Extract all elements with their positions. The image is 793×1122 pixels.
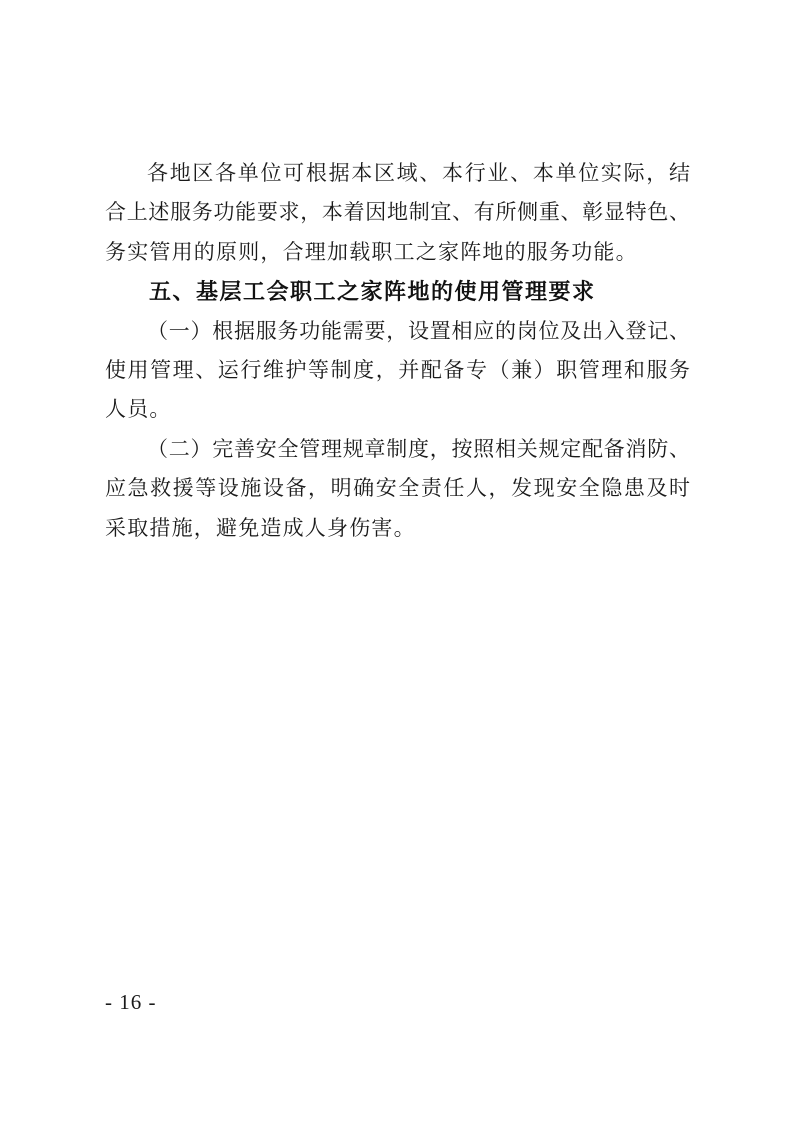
text-line: 合上述服务功能要求，本着因地制宜、有所侧重、彰显特色、 [105,193,690,232]
text-line: （二）完善安全管理规章制度，按照相关规定配备消防、 [105,430,690,469]
document-body: 各地区各单位可根据本区域、本行业、本单位实际，结 合上述服务功能要求，本着因地制… [105,154,690,548]
text-line: 各地区各单位可根据本区域、本行业、本单位实际，结 [105,154,690,193]
paragraph-item-1: （一）根据服务功能需要，设置相应的岗位及出入登记、 使用管理、运行维护等制度，并… [105,312,690,430]
section-heading: 五、基层工会职工之家阵地的使用管理要求 [105,272,690,311]
page-number: - 16 - [105,990,157,1015]
document-page: 各地区各单位可根据本区域、本行业、本单位实际，结 合上述服务功能要求，本着因地制… [0,0,793,1122]
text-line: 人员。 [105,390,690,429]
paragraph-intro: 各地区各单位可根据本区域、本行业、本单位实际，结 合上述服务功能要求，本着因地制… [105,154,690,272]
section-heading-text: 五、基层工会职工之家阵地的使用管理要求 [105,272,690,311]
text-line: 应急救援等设施设备，明确安全责任人，发现安全隐患及时 [105,469,690,508]
text-line: 使用管理、运行维护等制度，并配备专（兼）职管理和服务 [105,351,690,390]
paragraph-item-2: （二）完善安全管理规章制度，按照相关规定配备消防、 应急救援等设施设备，明确安全… [105,430,690,548]
text-line: 务实管用的原则，合理加载职工之家阵地的服务功能。 [105,233,690,272]
text-line: 采取措施，避免造成人身伤害。 [105,509,690,548]
text-line: （一）根据服务功能需要，设置相应的岗位及出入登记、 [105,312,690,351]
